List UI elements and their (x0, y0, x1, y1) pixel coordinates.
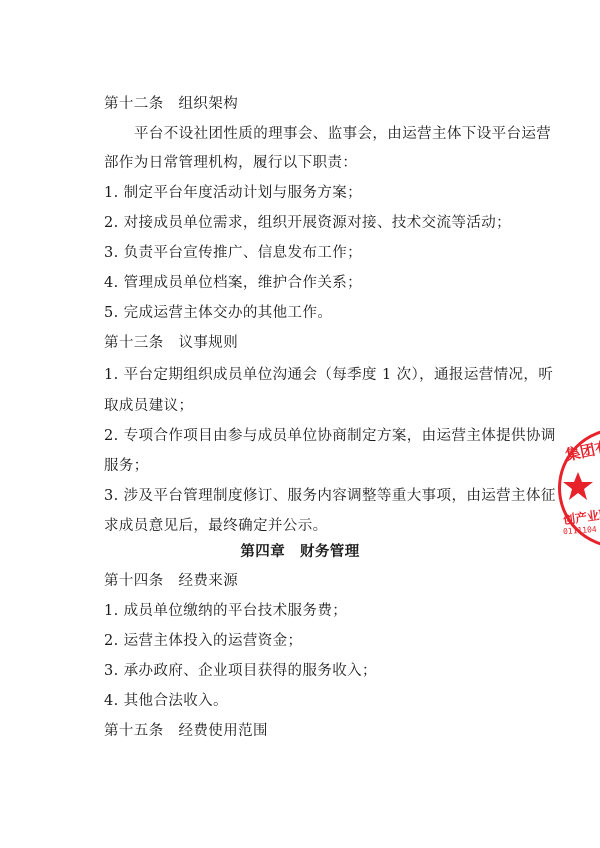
article-12-title: 第十二条 组织架构 (104, 95, 238, 113)
article-14-item-1: 1. 成员单位缴纳的平台技术服务费； (104, 602, 347, 620)
article-12-item-4: 4. 管理成员单位档案，维护合作关系； (104, 274, 362, 292)
seal-star-icon (562, 470, 594, 502)
article-14-item-3: 3. 承办政府、企业项目获得的服务收入； (104, 662, 377, 680)
article-13-item-2-line-2: 服务； (104, 457, 149, 475)
article-12-item-5: 5. 完成运营主体交办的其他工作。 (104, 304, 332, 322)
article-14-item-4: 4. 其他合法收入。 (104, 692, 228, 710)
article-14-title: 第十四条 经费来源 (104, 572, 238, 590)
article-13-item-1-line-1: 1. 平台定期组织成员单位沟通会（每季度 1 次），通报运营情况，听 (104, 366, 553, 384)
article-12-item-2: 2. 对接成员单位需求，组织开展资源对接、技术交流等活动； (104, 214, 511, 232)
article-13-item-3-line-2: 求成员意见后，最终确定并公示。 (104, 517, 328, 535)
article-13-item-1-line-2: 取成员建议； (104, 397, 193, 415)
article-15-title: 第十五条 经费使用范围 (104, 722, 268, 740)
article-13-title: 第十三条 议事规则 (104, 334, 238, 352)
document-page: 第十二条 组织架构 平台不设社团性质的理事会、监事会，由运营主体下设平台运营 部… (0, 0, 600, 848)
article-13-item-3-line-1: 3. 涉及平台管理制度修订、服务内容调整等重大事项，由运营主体征 (104, 487, 556, 505)
article-14-item-2: 2. 运营主体投入的运营资金； (104, 632, 302, 650)
article-13-item-2-line-1: 2. 专项合作项目由参与成员单位协商制定方案，由运营主体提供协调 (104, 427, 556, 445)
article-12-item-1: 1. 制定平台年度活动计划与服务方案； (104, 184, 362, 202)
article-12-intro-line-2: 部作为日常管理机构，履行以下职责： (104, 154, 357, 172)
chapter-4-heading: 第四章 财务管理 (0, 543, 600, 561)
article-12-item-3: 3. 负责平台宣传推广、信息发布工作； (104, 244, 362, 262)
article-12-intro-line-1: 平台不设社团性质的理事会、监事会，由运营主体下设平台运营 (134, 125, 551, 143)
